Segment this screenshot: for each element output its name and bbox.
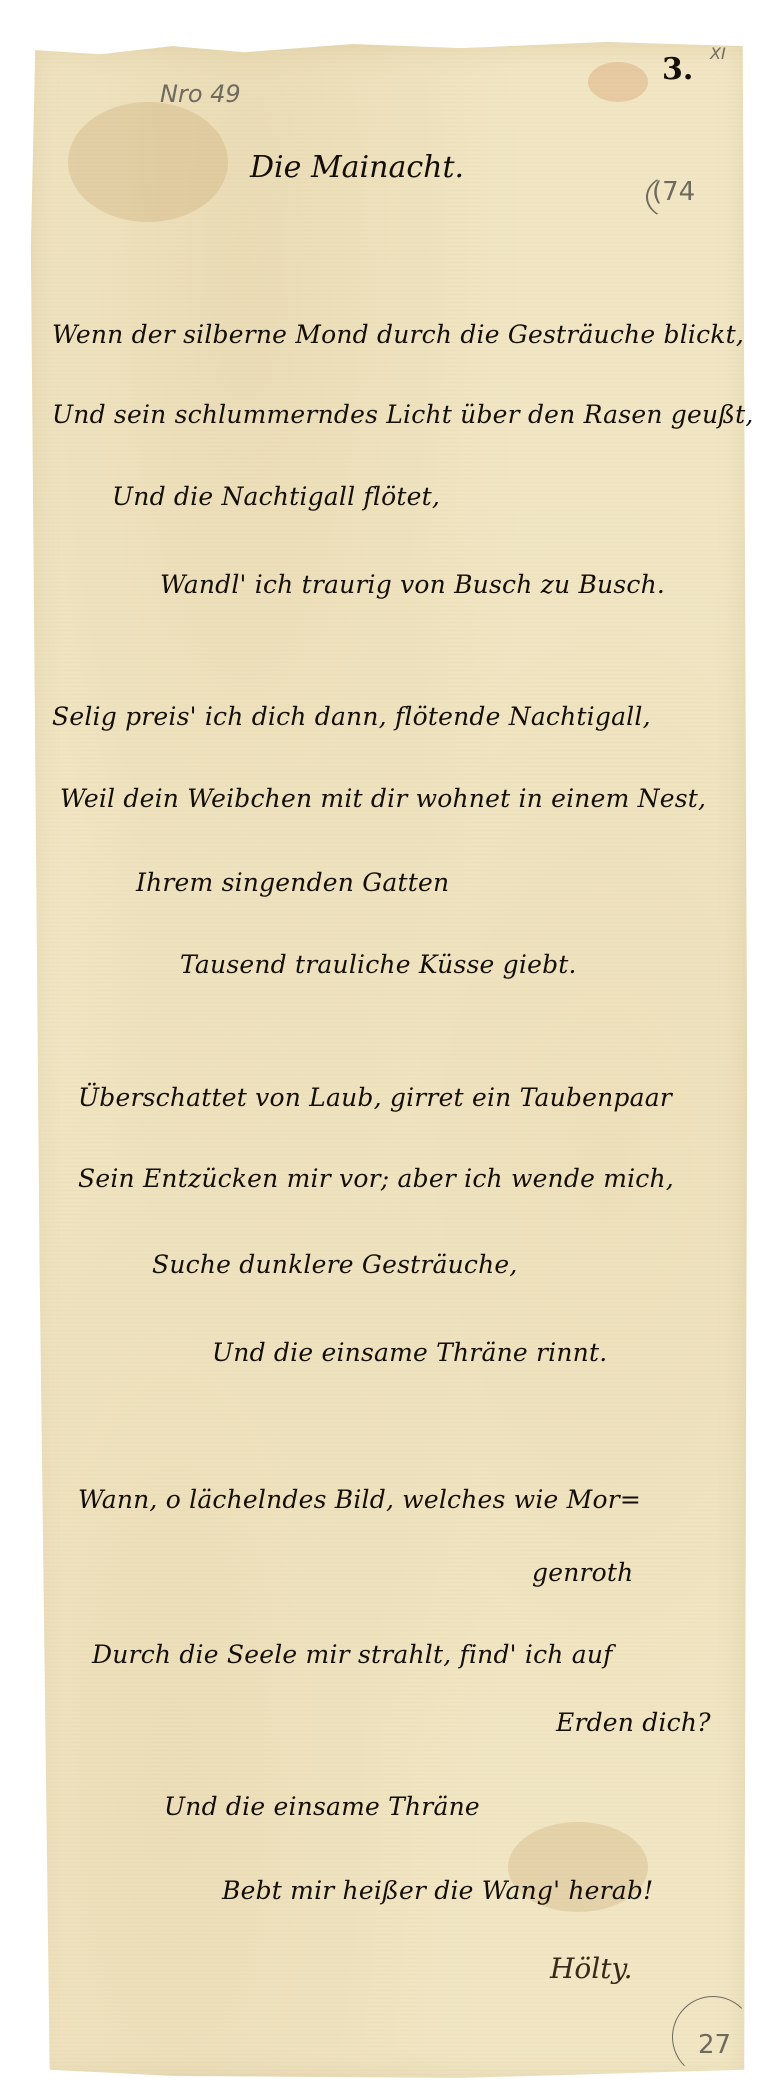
poem-line: Wenn der silberne Mond durch die Gesträu… — [52, 320, 744, 349]
page-number-annotation: 3. — [662, 52, 693, 87]
poem-line: Durch die Seele mir strahlt, find' ich a… — [92, 1640, 613, 1669]
poem-line: Tausend trauliche Küsse giebt. — [180, 950, 577, 979]
pencil-circle — [646, 174, 707, 220]
poem-line-continuation: Erden dich? — [556, 1708, 711, 1737]
poem-line: Selig preis' ich dich dann, flötende Nac… — [52, 702, 651, 731]
poem-line: Und die einsame Thräne rinnt. — [212, 1338, 607, 1367]
poem-line: Und die einsame Thräne — [164, 1792, 480, 1821]
poem-title: Die Mainacht. — [250, 150, 464, 185]
paper-stain — [68, 102, 228, 222]
roman-numeral-annotation: XI — [710, 44, 726, 63]
poem-line: Bebt mir heißer die Wang' herab! — [222, 1876, 653, 1905]
poem-line: Wandl' ich traurig von Busch zu Busch. — [160, 570, 665, 599]
archive-number-annotation: Nro 49 — [160, 80, 241, 108]
poem-line: Überschattet von Laub, girret ein Tauben… — [78, 1083, 672, 1112]
author-signature: Hölty. — [550, 1952, 632, 1985]
poem-line: Sein Entzücken mir vor; aber ich wende m… — [78, 1164, 674, 1193]
circled-folio-annotation: 27 — [698, 2030, 731, 2060]
poem-line: Und die Nachtigall flötet, — [112, 482, 440, 511]
poem-line-continuation: genroth — [532, 1558, 633, 1587]
poem-line: Wann, o lächelndes Bild, welches wie Mor… — [78, 1485, 641, 1514]
poem-line: Suche dunklere Gesträuche, — [152, 1250, 518, 1279]
poem-line: Ihrem singenden Gatten — [136, 868, 449, 897]
paper-stain — [588, 62, 648, 102]
poem-line: Weil dein Weibchen mit dir wohnet in ein… — [60, 784, 706, 813]
poem-line: Und sein schlummerndes Licht über den Ra… — [52, 400, 754, 429]
